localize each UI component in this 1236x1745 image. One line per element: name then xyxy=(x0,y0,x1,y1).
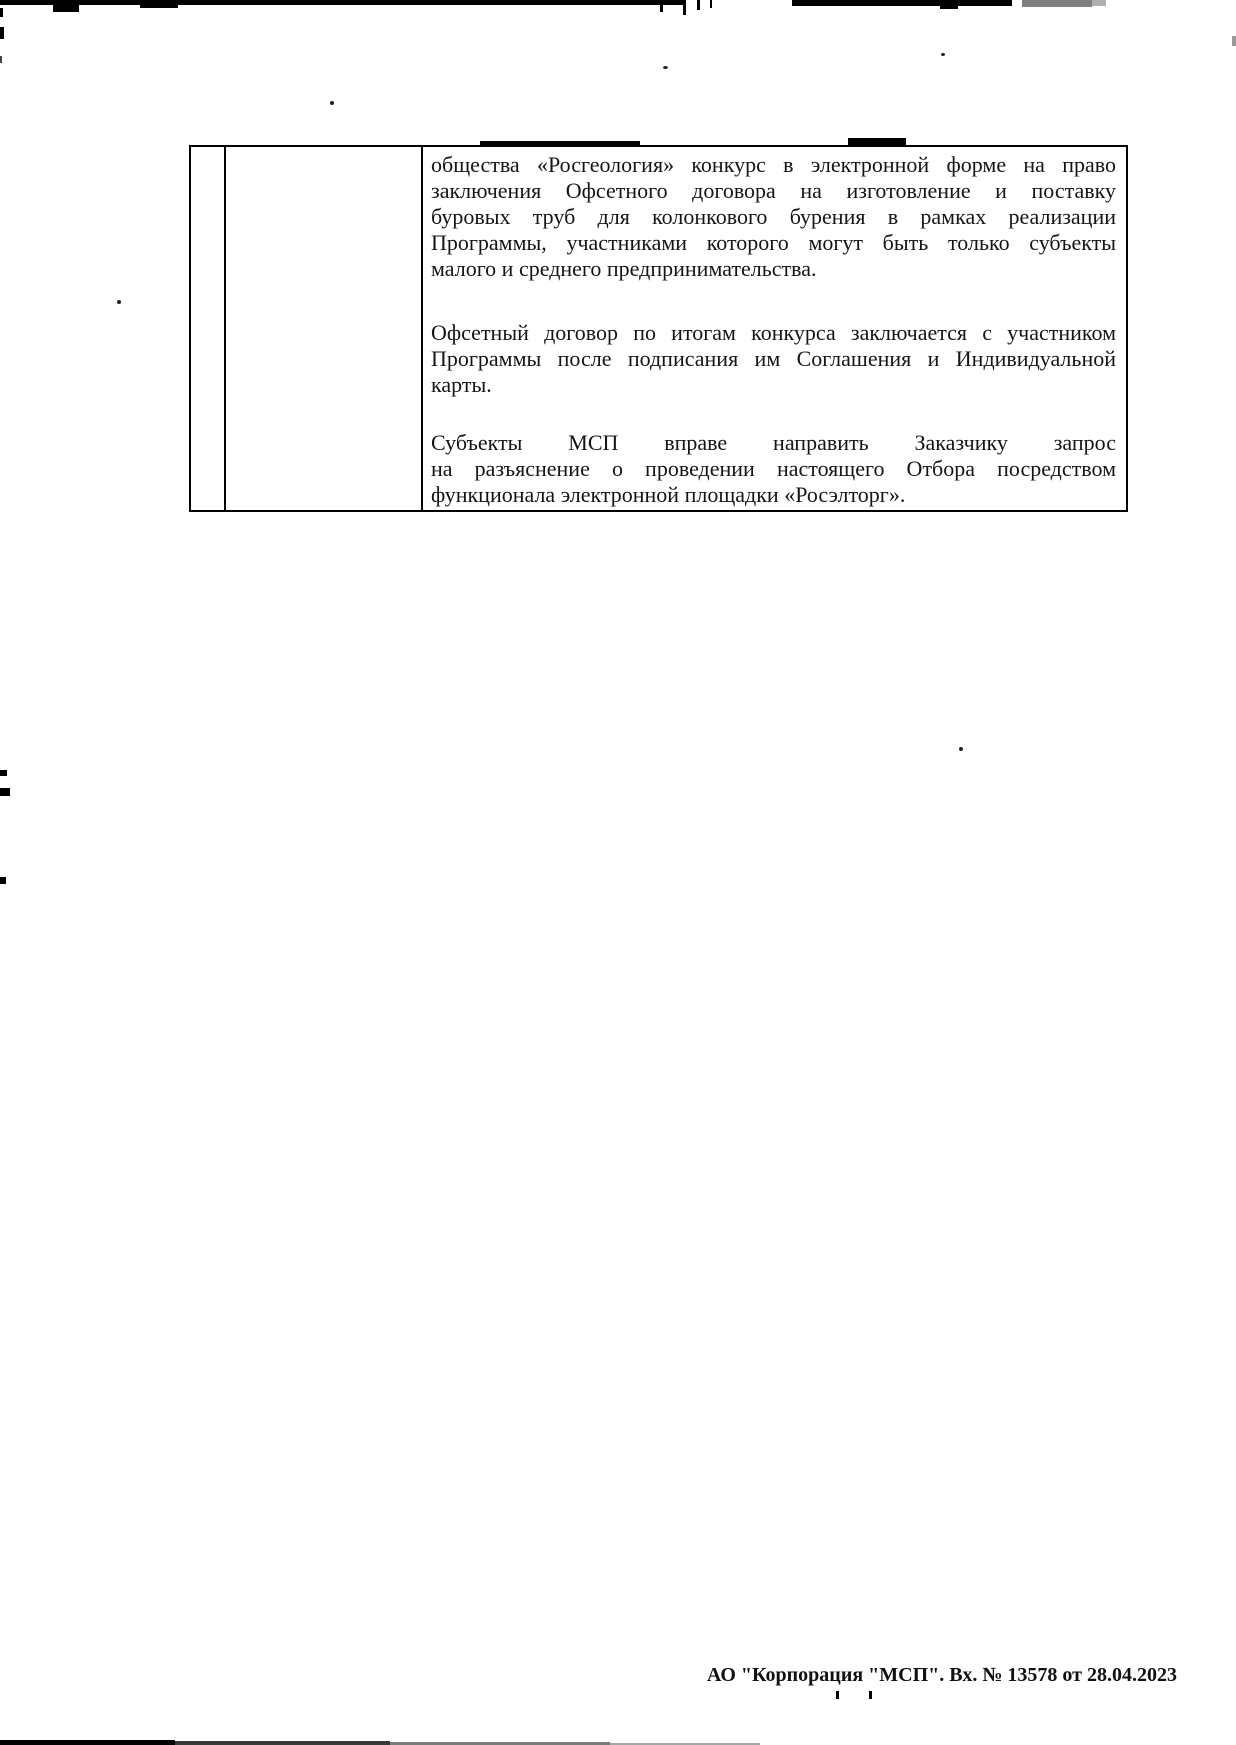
scan-artifact xyxy=(940,0,958,9)
paragraph-contract-conclusion: Офсетный договор по итогам конкурса закл… xyxy=(431,320,1116,398)
scan-artifact xyxy=(1022,0,1092,7)
scan-artifact xyxy=(792,0,1012,6)
scan-artifact xyxy=(0,1740,175,1745)
scan-speck xyxy=(941,53,945,56)
scan-artifact xyxy=(836,1691,839,1699)
scan-artifact xyxy=(1092,0,1106,6)
paragraph-selection-terms: общества «Росгеология» конкурс в электро… xyxy=(431,152,1116,282)
text-line: Офсетный договор по итогам конкурса закл… xyxy=(431,320,1116,346)
table-column-label xyxy=(226,147,423,510)
scan-artifact xyxy=(683,0,686,15)
scan-artifact xyxy=(0,0,683,5)
scan-speck xyxy=(663,66,668,69)
scan-artifact xyxy=(869,1691,872,1699)
scan-artifact xyxy=(1232,36,1236,46)
scan-artifact xyxy=(660,0,663,12)
scan-speck xyxy=(959,747,963,751)
scanned-document-page: общества «Росгеология» конкурс в электро… xyxy=(0,0,1236,1745)
offset-contract-table: общества «Росгеология» конкурс в электро… xyxy=(189,145,1128,512)
scan-artifact xyxy=(710,0,712,8)
scan-speck xyxy=(117,300,121,304)
scan-artifact xyxy=(0,56,2,63)
text-line: общества «Росгеология» конкурс в электро… xyxy=(431,152,1116,178)
paragraph-clarification-request: Субъекты МСП вправе направить Заказчику … xyxy=(431,430,1116,508)
registration-stamp: АО "Корпорация "МСП". Вх. № 13578 от 28.… xyxy=(707,1664,1177,1687)
text-line: малого и среднего предпринимательства. xyxy=(431,256,1116,282)
scan-artifact xyxy=(140,0,178,8)
scan-artifact xyxy=(0,770,7,776)
scan-artifact xyxy=(175,1741,390,1745)
text-line: Программы, участниками которого могут бы… xyxy=(431,230,1116,256)
scan-artifact xyxy=(0,27,4,39)
scan-speck xyxy=(330,101,334,105)
text-line: заключения Офсетного договора на изготов… xyxy=(431,178,1116,204)
scan-artifact xyxy=(848,138,906,145)
scan-artifact xyxy=(0,877,6,884)
scan-artifact xyxy=(697,0,700,10)
text-line: Программы после подписания им Соглашения… xyxy=(431,346,1116,372)
table-column-number xyxy=(191,147,226,510)
text-line: Субъекты МСП вправе направить Заказчику … xyxy=(431,430,1116,456)
text-line: буровых труб для колонкового бурения в р… xyxy=(431,204,1116,230)
text-line: функционала электронной площадки «Росэлт… xyxy=(431,482,1116,508)
text-line: на разъяснение о проведении настоящего О… xyxy=(431,456,1116,482)
text-line: карты. xyxy=(431,372,1116,398)
scan-artifact xyxy=(0,788,10,796)
scan-artifact xyxy=(0,8,3,17)
scan-artifact xyxy=(53,0,79,12)
table-cell-text: общества «Росгеология» конкурс в электро… xyxy=(423,147,1126,510)
